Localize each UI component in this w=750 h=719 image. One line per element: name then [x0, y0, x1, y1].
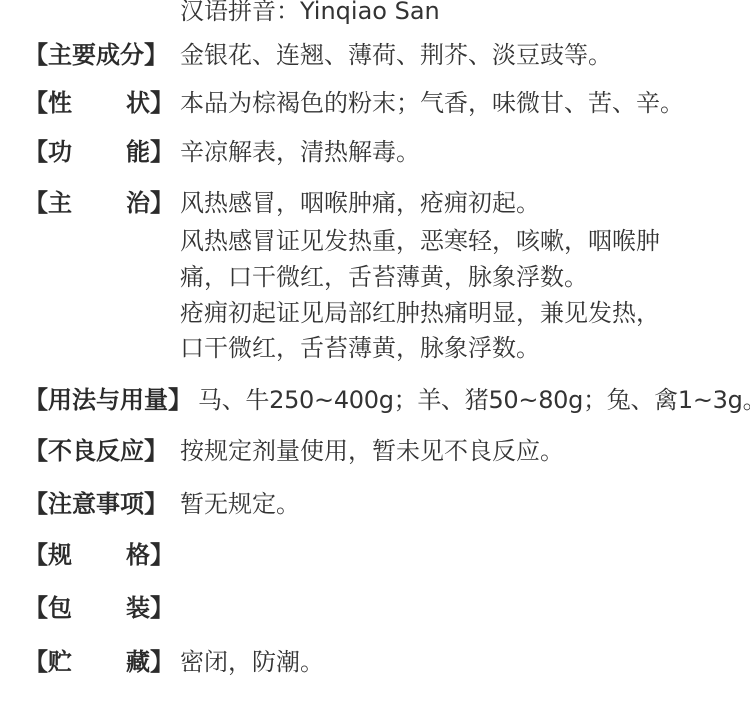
section-label: 【贮 藏】: [24, 645, 174, 679]
section-label: 【用法与用量 】: [24, 383, 192, 417]
section-specification: 【规 格】: [24, 538, 180, 572]
section-indications: 【主 治】 风热感冒，咽喉肿痛，疮痈初起。: [24, 186, 540, 220]
section-value: 马、牛250~400g；羊、猪50~80g；兔、禽1~3g。: [196, 383, 750, 417]
section-label: 【不良反应 】: [24, 434, 174, 468]
section-ingredients: 【主要成分 】 金银花、连翘、薄荷、荆芥、淡豆豉等。: [24, 38, 612, 72]
section-properties: 【性 状】 本品为棕褐色的粉末；气香，味微甘、苦、辛。: [24, 86, 684, 120]
pinyin-name: 汉语拼音：Yinqiao San: [180, 0, 440, 28]
section-label: 【性 状】: [24, 86, 174, 120]
indications-detail-line-2: 痛，口干微红，舌苔薄黄，脉象浮数。: [180, 260, 588, 295]
section-label: 【注意事项 】: [24, 487, 174, 521]
section-adverse-reactions: 【不良反应 】 按规定剂量使用，暂未见不良反应。: [24, 434, 564, 468]
indications-detail-line-4: 口干微红，舌苔薄黄，脉象浮数。: [180, 331, 540, 366]
section-value: 风热感冒，咽喉肿痛，疮痈初起。: [174, 186, 540, 220]
section-value: 金银花、连翘、薄荷、荆芥、淡豆豉等。: [174, 38, 612, 72]
section-packaging: 【包 装】: [24, 591, 180, 625]
section-value: 密闭，防潮。: [174, 645, 324, 679]
section-precautions: 【注意事项 】 暂无规定。: [24, 487, 300, 521]
section-storage: 【贮 藏】 密闭，防潮。: [24, 645, 324, 679]
section-label: 【主 治】: [24, 186, 174, 220]
section-value: 按规定剂量使用，暂未见不良反应。: [174, 434, 564, 468]
section-dosage: 【用法与用量 】 马、牛250~400g；羊、猪50~80g；兔、禽1~3g。: [24, 383, 750, 417]
section-label: 【主要成分 】: [24, 38, 174, 72]
section-value: 暂无规定。: [174, 487, 300, 521]
section-label: 【功 能】: [24, 135, 174, 169]
section-value: 本品为棕褐色的粉末；气香，味微甘、苦、辛。: [174, 86, 684, 120]
section-function: 【功 能】 辛凉解表，清热解毒。: [24, 135, 420, 169]
section-value: 辛凉解表，清热解毒。: [174, 135, 420, 169]
section-label: 【规 格】: [24, 538, 174, 572]
indications-detail-line-3: 疮痈初起证见局部红肿热痛明显，兼见发热，: [180, 296, 660, 331]
indications-detail-line-1: 风热感冒证见发热重，恶寒轻，咳嗽，咽喉肿: [180, 224, 660, 259]
section-label: 【包 装】: [24, 591, 174, 625]
